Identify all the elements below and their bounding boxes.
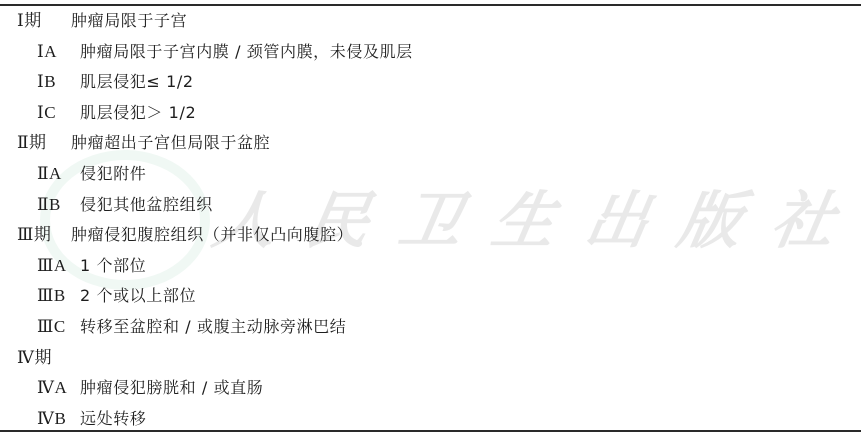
- table-row-stage-4: Ⅳ期: [0, 343, 861, 374]
- table-row-stage-2b: ⅡB 侵犯其他盆腔组织: [0, 190, 861, 221]
- table-row-stage-1c: ⅠC 肌层侵犯＞ 1/2: [0, 98, 861, 129]
- stage-label: Ⅱ期: [17, 128, 47, 159]
- table-row-stage-1a: ⅠA 肿瘤局限于子宫内膜 / 颈管内膜，未侵及肌层: [0, 37, 861, 68]
- stage-description: 肌层侵犯＞ 1/2: [80, 98, 196, 129]
- stage-label: Ⅳ期: [17, 343, 52, 374]
- stage-description: 侵犯附件: [80, 159, 146, 190]
- table-row-stage-1: Ⅰ期 肿瘤局限于子宫: [0, 6, 861, 37]
- table-row-stage-3b: ⅢB 2 个或以上部位: [0, 281, 861, 312]
- table-row-stage-3: Ⅲ期 肿瘤侵犯腹腔组织（并非仅凸向腹腔）: [0, 220, 861, 251]
- stage-label: ⅣB: [37, 404, 66, 435]
- stage-description: 肿瘤局限于子宫: [71, 6, 187, 37]
- stage-description: 侵犯其他盆腔组织: [80, 190, 213, 221]
- stage-description: 肿瘤侵犯膀胱和 / 或直肠: [80, 373, 263, 404]
- stage-label: ⅢA: [37, 251, 67, 282]
- stage-label: Ⅲ期: [17, 220, 51, 251]
- stage-description: 1 个部位: [80, 251, 146, 282]
- stage-description: 肿瘤侵犯腹腔组织（并非仅凸向腹腔）: [71, 220, 353, 251]
- staging-table: Ⅰ期 肿瘤局限于子宫 ⅠA 肿瘤局限于子宫内膜 / 颈管内膜，未侵及肌层 ⅠB …: [0, 6, 861, 434]
- table-row-stage-1b: ⅠB 肌层侵犯≤ 1/2: [0, 67, 861, 98]
- table-row-stage-3c: ⅢC 转移至盆腔和 / 或腹主动脉旁淋巴结: [0, 312, 861, 343]
- stage-label: ⅡB: [37, 190, 61, 221]
- stage-label: ⅣA: [37, 373, 67, 404]
- stage-label: ⅢC: [37, 312, 66, 343]
- stage-description: 肿瘤局限于子宫内膜 / 颈管内膜，未侵及肌层: [80, 37, 413, 68]
- table-row-stage-3a: ⅢA 1 个部位: [0, 251, 861, 282]
- stage-description: 远处转移: [80, 404, 146, 435]
- stage-description: 2 个或以上部位: [80, 281, 196, 312]
- table-row-stage-4b: ⅣB 远处转移: [0, 404, 861, 435]
- stage-label: ⅠB: [37, 67, 56, 98]
- stage-label: Ⅰ期: [17, 6, 42, 37]
- table-row-stage-2: Ⅱ期 肿瘤超出子宫但局限于盆腔: [0, 128, 861, 159]
- stage-description: 肌层侵犯≤ 1/2: [80, 67, 194, 98]
- table-row-stage-4a: ⅣA 肿瘤侵犯膀胱和 / 或直肠: [0, 373, 861, 404]
- table-row-stage-2a: ⅡA 侵犯附件: [0, 159, 861, 190]
- stage-description: 肿瘤超出子宫但局限于盆腔: [71, 128, 270, 159]
- stage-label: ⅡA: [37, 159, 62, 190]
- stage-label: ⅠA: [37, 37, 57, 68]
- stage-description: 转移至盆腔和 / 或腹主动脉旁淋巴结: [80, 312, 346, 343]
- stage-label: ⅢB: [37, 281, 66, 312]
- stage-label: ⅠC: [37, 98, 56, 129]
